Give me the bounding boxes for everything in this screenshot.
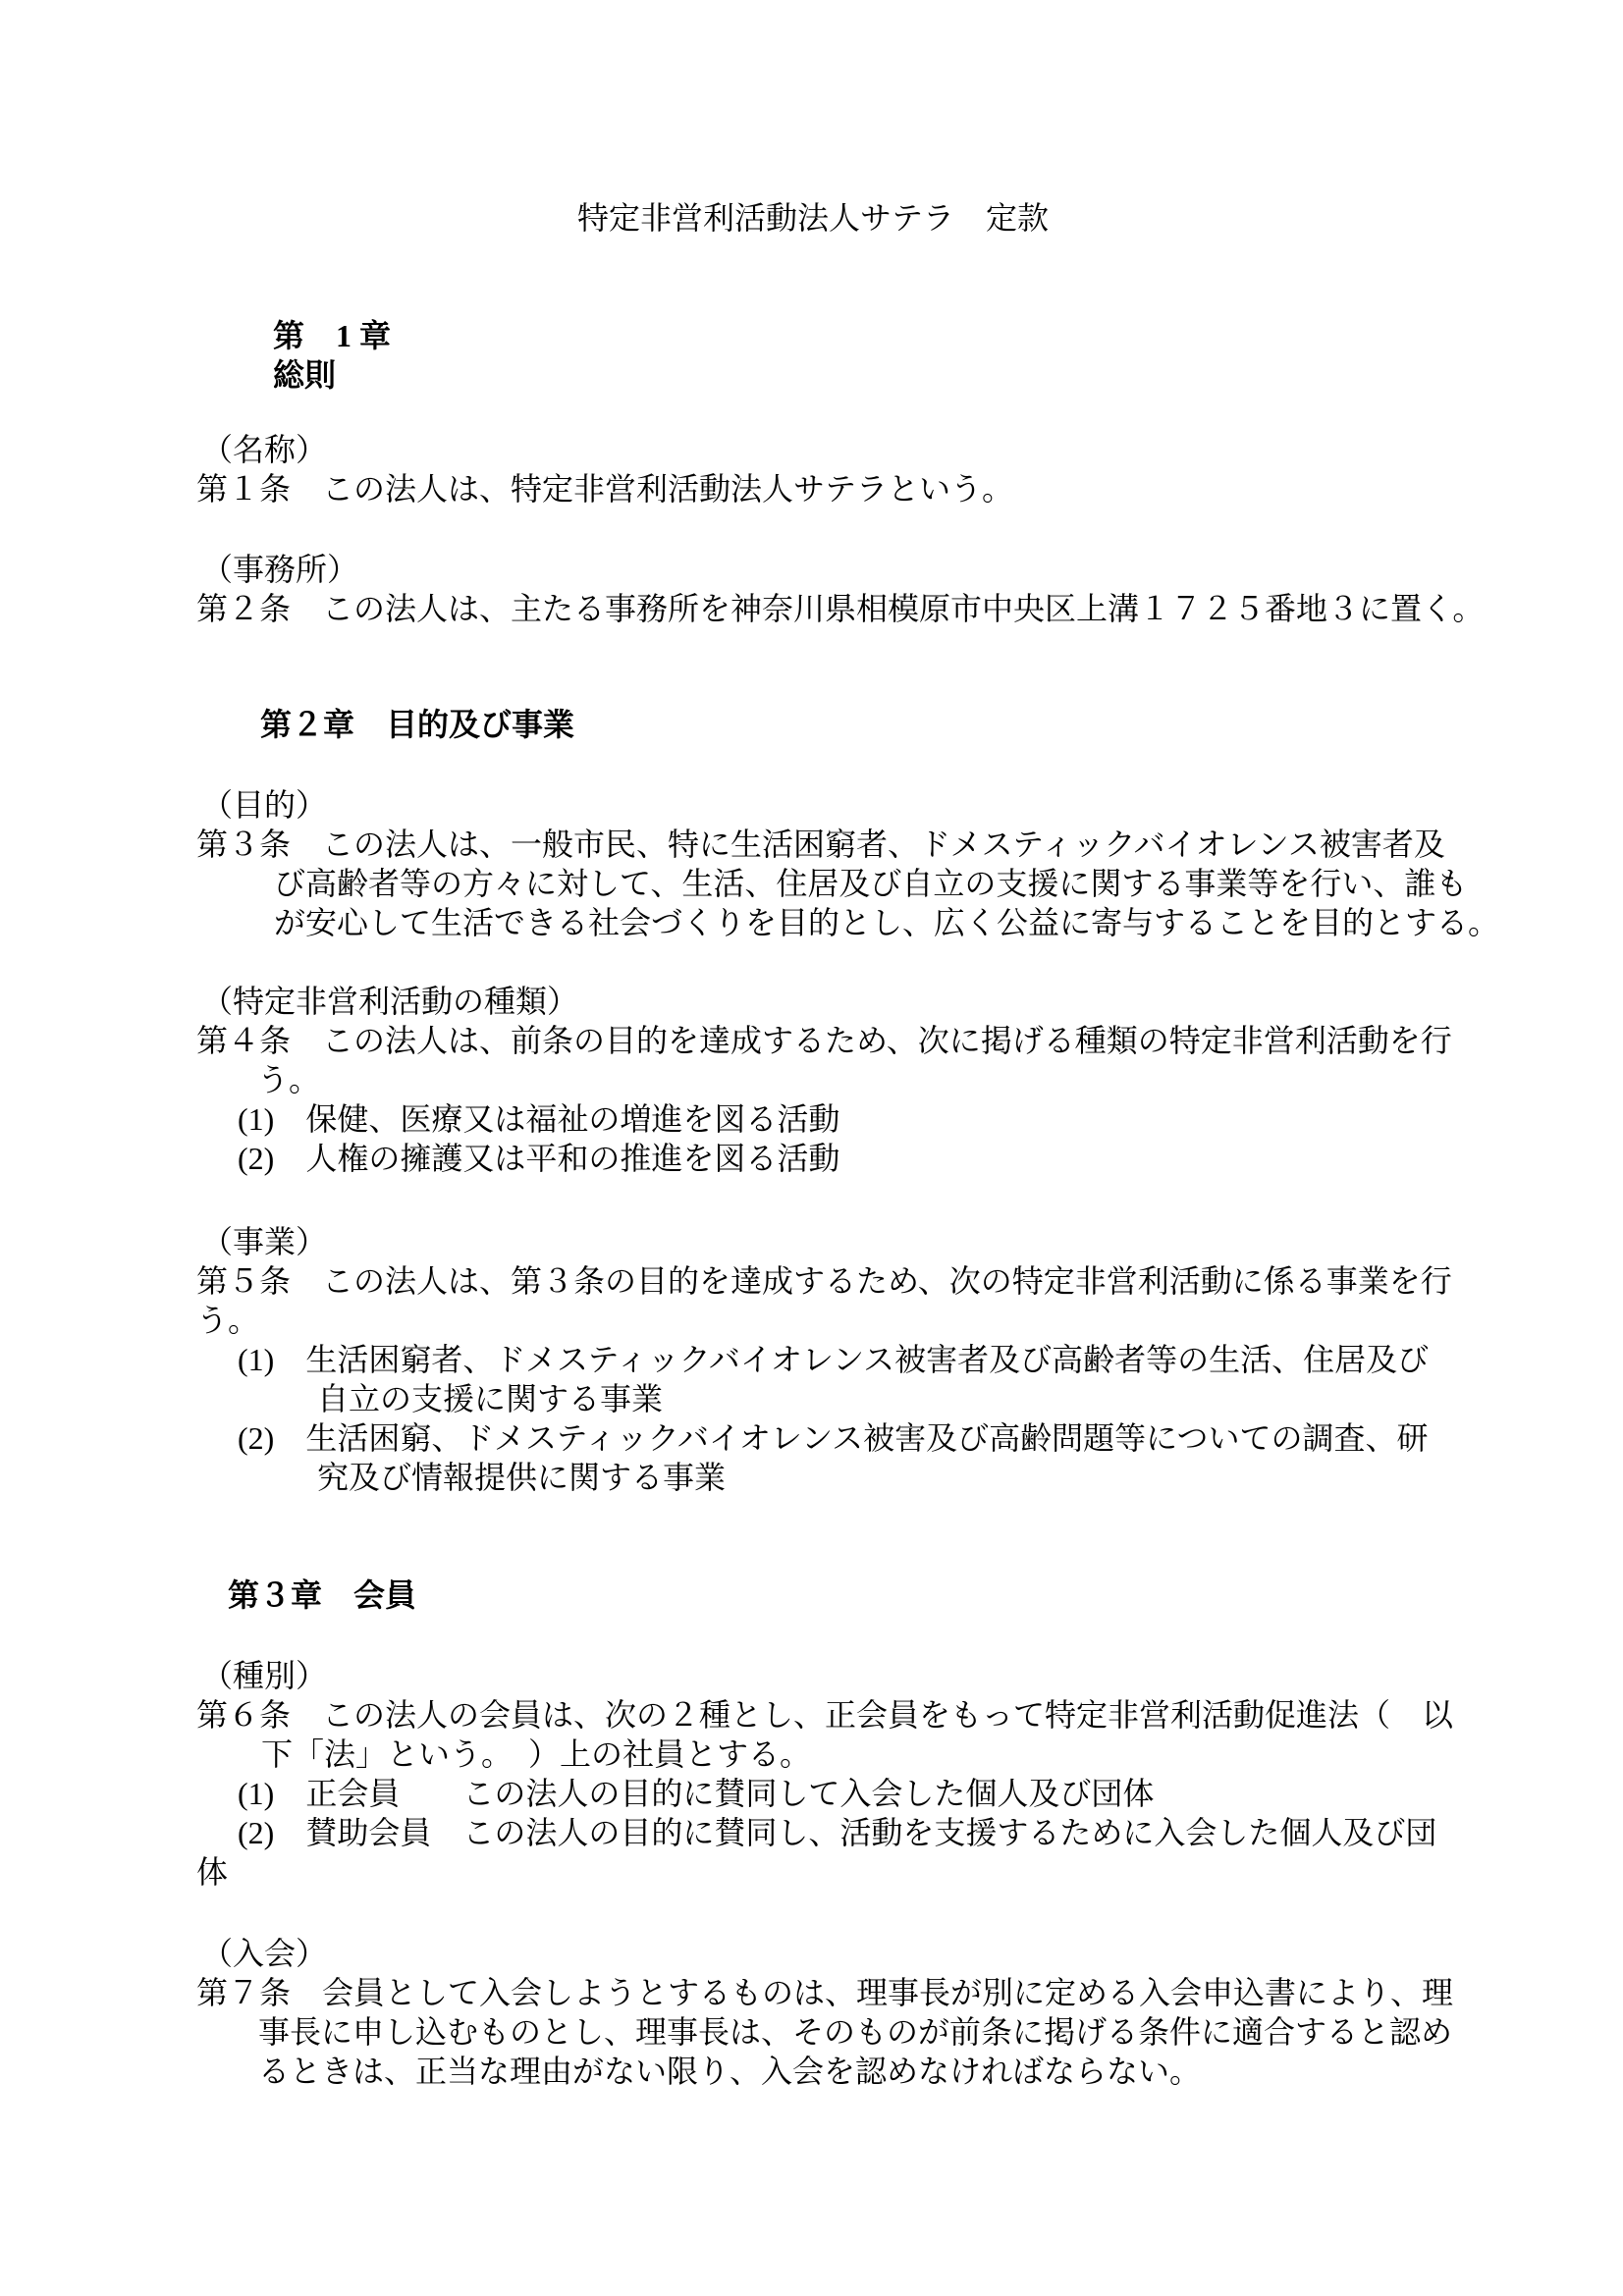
- article-7-line: 事長に申し込むものとし、理事長は、そのものが前条に掲げる条件に適合すると認め: [258, 2012, 1452, 2052]
- article-5-line: う。: [196, 1301, 259, 1340]
- article-7-line: るときは、正当な理由がない限り、入会を認めなければならない。: [258, 2052, 1201, 2091]
- article-1-label: （名称）: [201, 430, 327, 469]
- chapter-1-number: 第 1 章: [273, 316, 391, 355]
- article-5-item-1-cont: 自立の支援に関する事業: [317, 1379, 663, 1418]
- article-6-label: （種別）: [201, 1656, 327, 1695]
- article-4-line: う。: [257, 1060, 320, 1099]
- article-2-label: （事務所）: [201, 550, 358, 589]
- article-5-item-1: (1) 生活困窮者、ドメスティックバイオレンス被害者及び高齢者等の生活、住居及び: [238, 1340, 1429, 1379]
- article-3-line: が安心して生活できる社会づくりを目的とし、広く公益に寄与することを目的とする。: [274, 903, 1499, 942]
- doc-title: 特定非営利活動法人サテラ 定款: [577, 198, 1049, 238]
- article-6-line: 第６条 この法人の会員は、次の２種とし、正会員をもって特定非営利活動促進法（ 以: [196, 1695, 1453, 1735]
- article-6-item-2: (2) 賛助会員 この法人の目的に賛同し、活動を支援するために入会した個人及び団: [238, 1813, 1436, 1852]
- article-6-item-1: (1) 正会員 この法人の目的に賛同して入会した個人及び団体: [238, 1774, 1154, 1813]
- article-3-line: 第３条 この法人は、一般市民、特に生活困窮者、ドメスティックバイオレンス被害者及: [196, 825, 1445, 864]
- article-4-line: 第４条 この法人は、前条の目的を達成するため、次に掲げる種類の特定非営利活動を行: [196, 1021, 1452, 1060]
- article-7-line: 第７条 会員として入会しようとするものは、理事長が別に定める入会申込書により、理: [196, 1973, 1453, 2012]
- article-4-item-2: (2) 人権の擁護又は平和の推進を図る活動: [238, 1139, 839, 1178]
- article-6-line: 下「法」という。 ）上の社員とする。: [261, 1735, 811, 1774]
- article-1-line: 第１条 この法人は、特定非営利活動法人サテラという。: [196, 469, 1013, 508]
- article-5-label: （事業）: [201, 1222, 327, 1261]
- article-5-line: 第５条 この法人は、第３条の目的を達成するため、次の特定非営利活動に係る事業を行: [196, 1261, 1452, 1301]
- document-page: 特定非営利活動法人サテラ 定款 第 1 章 総則 （名称） 第１条 この法人は、…: [0, 0, 1623, 2296]
- article-3-label: （目的）: [201, 785, 327, 825]
- chapter-1-title: 総則: [273, 355, 336, 395]
- article-5-item-2: (2) 生活困窮、ドメスティックバイオレンス被害及び高齢問題等についての調査、研: [238, 1418, 1429, 1458]
- chapter-2-heading: 第２章 目的及び事業: [260, 705, 574, 744]
- chapter-3-heading: 第３章 会員: [228, 1575, 416, 1615]
- article-5-item-2-cont: 究及び情報提供に関する事業: [317, 1458, 726, 1497]
- article-2-line: 第２条 この法人は、主たる事務所を神奈川県相模原市中央区上溝１７２５番地３に置く…: [196, 589, 1484, 628]
- article-4-label: （特定非営利活動の種類）: [201, 982, 578, 1021]
- article-7-label: （入会）: [201, 1934, 327, 1973]
- article-4-item-1: (1) 保健、医療又は福祉の増進を図る活動: [238, 1099, 839, 1139]
- article-3-line: び高齢者等の方々に対して、生活、住居及び自立の支援に関する事業等を行い、誰も: [274, 864, 1467, 903]
- article-6-item-2-cont: 体: [196, 1852, 228, 1892]
